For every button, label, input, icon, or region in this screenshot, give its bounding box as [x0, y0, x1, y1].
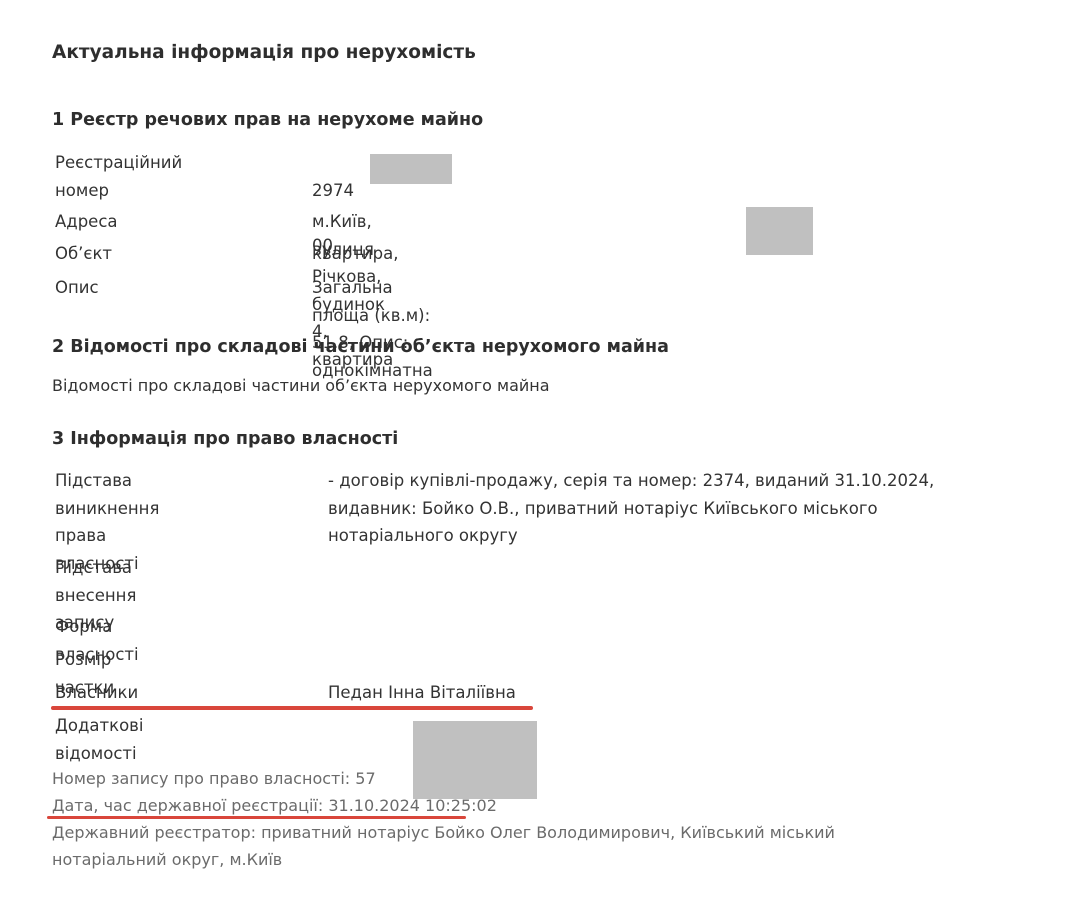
- row-label: Реєстраційний номер: [55, 149, 182, 204]
- highlight-underline-owners: [51, 706, 533, 710]
- row-label: Опис: [55, 274, 99, 302]
- row-label: Додаткові відомості: [55, 712, 144, 767]
- row-label: Власники: [55, 679, 138, 707]
- section-1-heading: 1 Реєстр речових прав на нерухоме майно: [52, 110, 483, 130]
- registrar-line-1: Державний реєстратор: приватний нотаріус…: [52, 819, 835, 846]
- row-value: - договір купівлі-продажу, серія та номе…: [328, 467, 1018, 550]
- row-label: Об’єкт: [55, 240, 112, 268]
- section-2-heading: 2 Відомості про складові частини об’єкта…: [52, 337, 669, 357]
- registration-number-prefix: 2974: [312, 181, 354, 200]
- section-3-heading: 3 Інформація про право власності: [52, 429, 398, 449]
- page-title: Актуальна інформація про нерухомість: [52, 42, 476, 63]
- row-label: Адреса: [55, 208, 118, 236]
- section-2-text: Відомості про складові частини об’єкта н…: [52, 376, 550, 395]
- redaction-box-apartment-number: [746, 207, 813, 255]
- redaction-box-registration-number: [370, 154, 452, 184]
- row-value: квартира,: [312, 240, 398, 268]
- row-value: Загальна площа (кв.м): 51.8, Опис: однок…: [312, 274, 433, 384]
- registrar-line-2: нотаріальний округ, м.Київ: [52, 846, 282, 873]
- owner-name: Педан Інна Віталіївна: [328, 679, 1018, 707]
- record-number: Номер запису про право власності: 57: [52, 765, 376, 792]
- redaction-box-record-number-overlay: [413, 721, 537, 799]
